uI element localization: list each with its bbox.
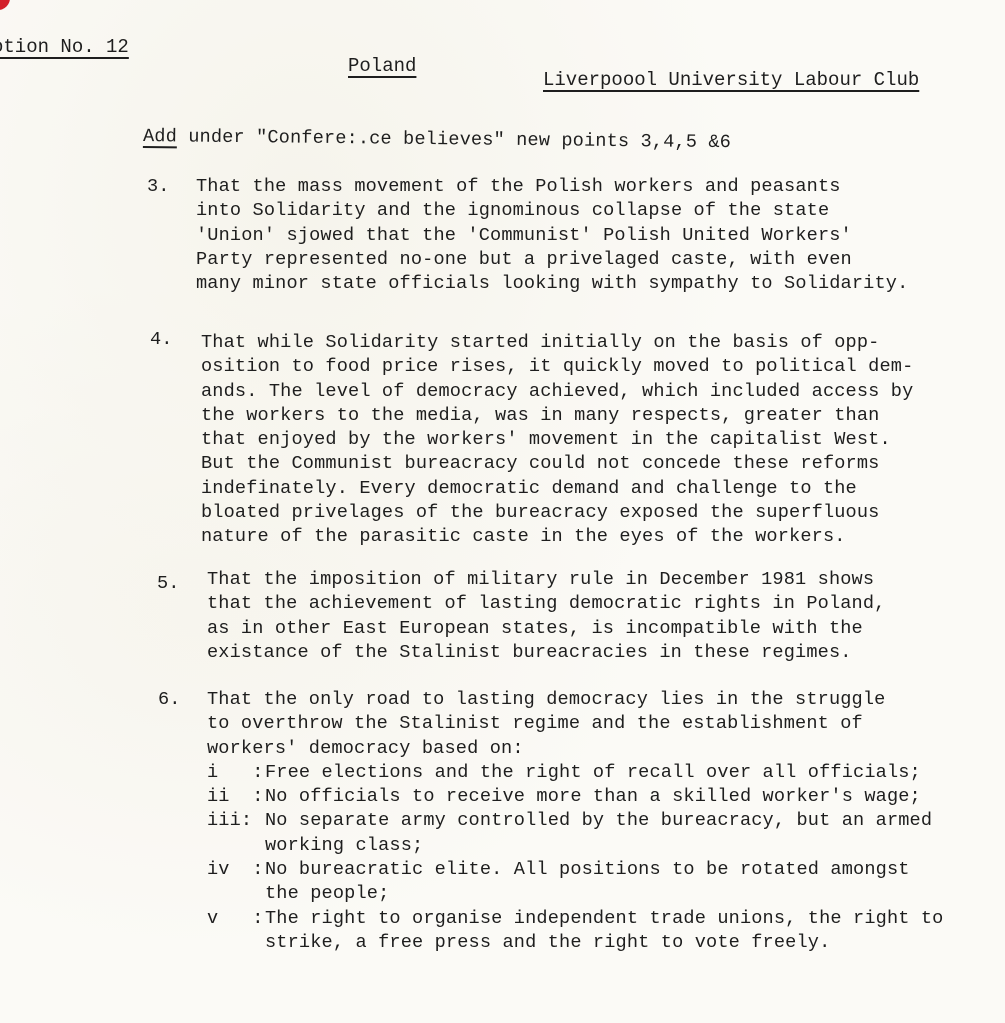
sub-point-continuation: working class;	[207, 834, 943, 858]
typed-document-page: otion No. 12 Poland Liverpoool Universit…	[0, 0, 1005, 1023]
point-number: 5.	[157, 572, 180, 596]
sub-point-label: iii:	[207, 809, 265, 833]
point-5-text: That the imposition of military rule in …	[207, 568, 885, 665]
sub-point: v :The right to organise independent tra…	[207, 907, 943, 931]
instruction-text: under "Confere:.ce believes" new points …	[177, 126, 731, 153]
point-3-text: That the mass movement of the Polish wor…	[196, 175, 908, 296]
point-line: many minor state officials looking with …	[196, 272, 908, 296]
point-line: osition to food price rises, it quickly …	[201, 355, 913, 379]
point-line: That the mass movement of the Polish wor…	[196, 175, 908, 199]
sub-point-text: No separate army controlled by the burea…	[265, 810, 932, 831]
organisation-name: Liverpoool University Labour Club	[543, 69, 919, 91]
sub-point-text: No officials to receive more than a skil…	[265, 786, 921, 807]
point-4-text: That while Solidarity started initially …	[201, 331, 913, 550]
point-line: That while Solidarity started initially …	[201, 331, 913, 355]
point-line: existance of the Stalinist bureacracies …	[207, 641, 885, 665]
sub-point-text: the people;	[265, 883, 389, 904]
point-line: That the only road to lasting democracy …	[207, 688, 943, 712]
point-line: that the achievement of lasting democrat…	[207, 592, 885, 616]
sub-point: iii:No separate army controlled by the b…	[207, 809, 943, 833]
document-topic: Poland	[348, 55, 416, 77]
point-line: into Solidarity and the ignominous colla…	[196, 199, 908, 223]
point-line: workers' democracy based on:	[207, 737, 943, 761]
sub-point-label: i :	[207, 761, 265, 785]
sub-point: ii :No officials to receive more than a …	[207, 785, 943, 809]
sub-point-continuation: the people;	[207, 882, 943, 906]
point-line: as in other East European states, is inc…	[207, 617, 885, 641]
point-line: ands. The level of democracy achieved, w…	[201, 380, 913, 404]
point-line: Party represented no-one but a privelage…	[196, 248, 908, 272]
sub-point-label: v :	[207, 907, 265, 931]
sub-point: i :Free elections and the right of recal…	[207, 761, 943, 785]
point-line: nature of the parasitic caste in the eye…	[201, 525, 913, 549]
point-line: But the Communist bureacracy could not c…	[201, 452, 913, 476]
motion-number: otion No. 12	[0, 36, 129, 58]
sub-point: iv :No bureacratic elite. All positions …	[207, 858, 943, 882]
sub-point-text: working class;	[265, 835, 423, 856]
point-number: 3.	[147, 175, 170, 199]
instruction-verb: Add	[143, 126, 177, 147]
sub-point-label: ii :	[207, 785, 265, 809]
point-number: 6.	[158, 688, 181, 712]
sub-point-text: No bureacratic elite. All positions to b…	[265, 859, 910, 880]
point-line: bloated privelages of the bureacracy exp…	[201, 501, 913, 525]
point-line: the workers to the media, was in many re…	[201, 404, 913, 428]
sub-point-text: The right to organise independent trade …	[265, 908, 943, 929]
red-corner-mark	[0, 0, 10, 10]
point-line: that enjoyed by the workers' movement in…	[201, 428, 913, 452]
sub-point-continuation: strike, a free press and the right to vo…	[207, 931, 943, 955]
point-line: indefinately. Every democratic demand an…	[201, 477, 913, 501]
sub-point-label: iv :	[207, 858, 265, 882]
point-line: 'Union' sjowed that the 'Communist' Poli…	[196, 224, 908, 248]
point-line: That the imposition of military rule in …	[207, 568, 885, 592]
amendment-instruction: Add under "Confere:.ce believes" new poi…	[143, 125, 731, 155]
sub-point-text: strike, a free press and the right to vo…	[265, 932, 830, 953]
sub-point-text: Free elections and the right of recall o…	[265, 762, 921, 783]
point-6-text: That the only road to lasting democracy …	[207, 688, 943, 955]
point-number: 4.	[150, 328, 173, 352]
point-line: to overthrow the Stalinist regime and th…	[207, 712, 943, 736]
